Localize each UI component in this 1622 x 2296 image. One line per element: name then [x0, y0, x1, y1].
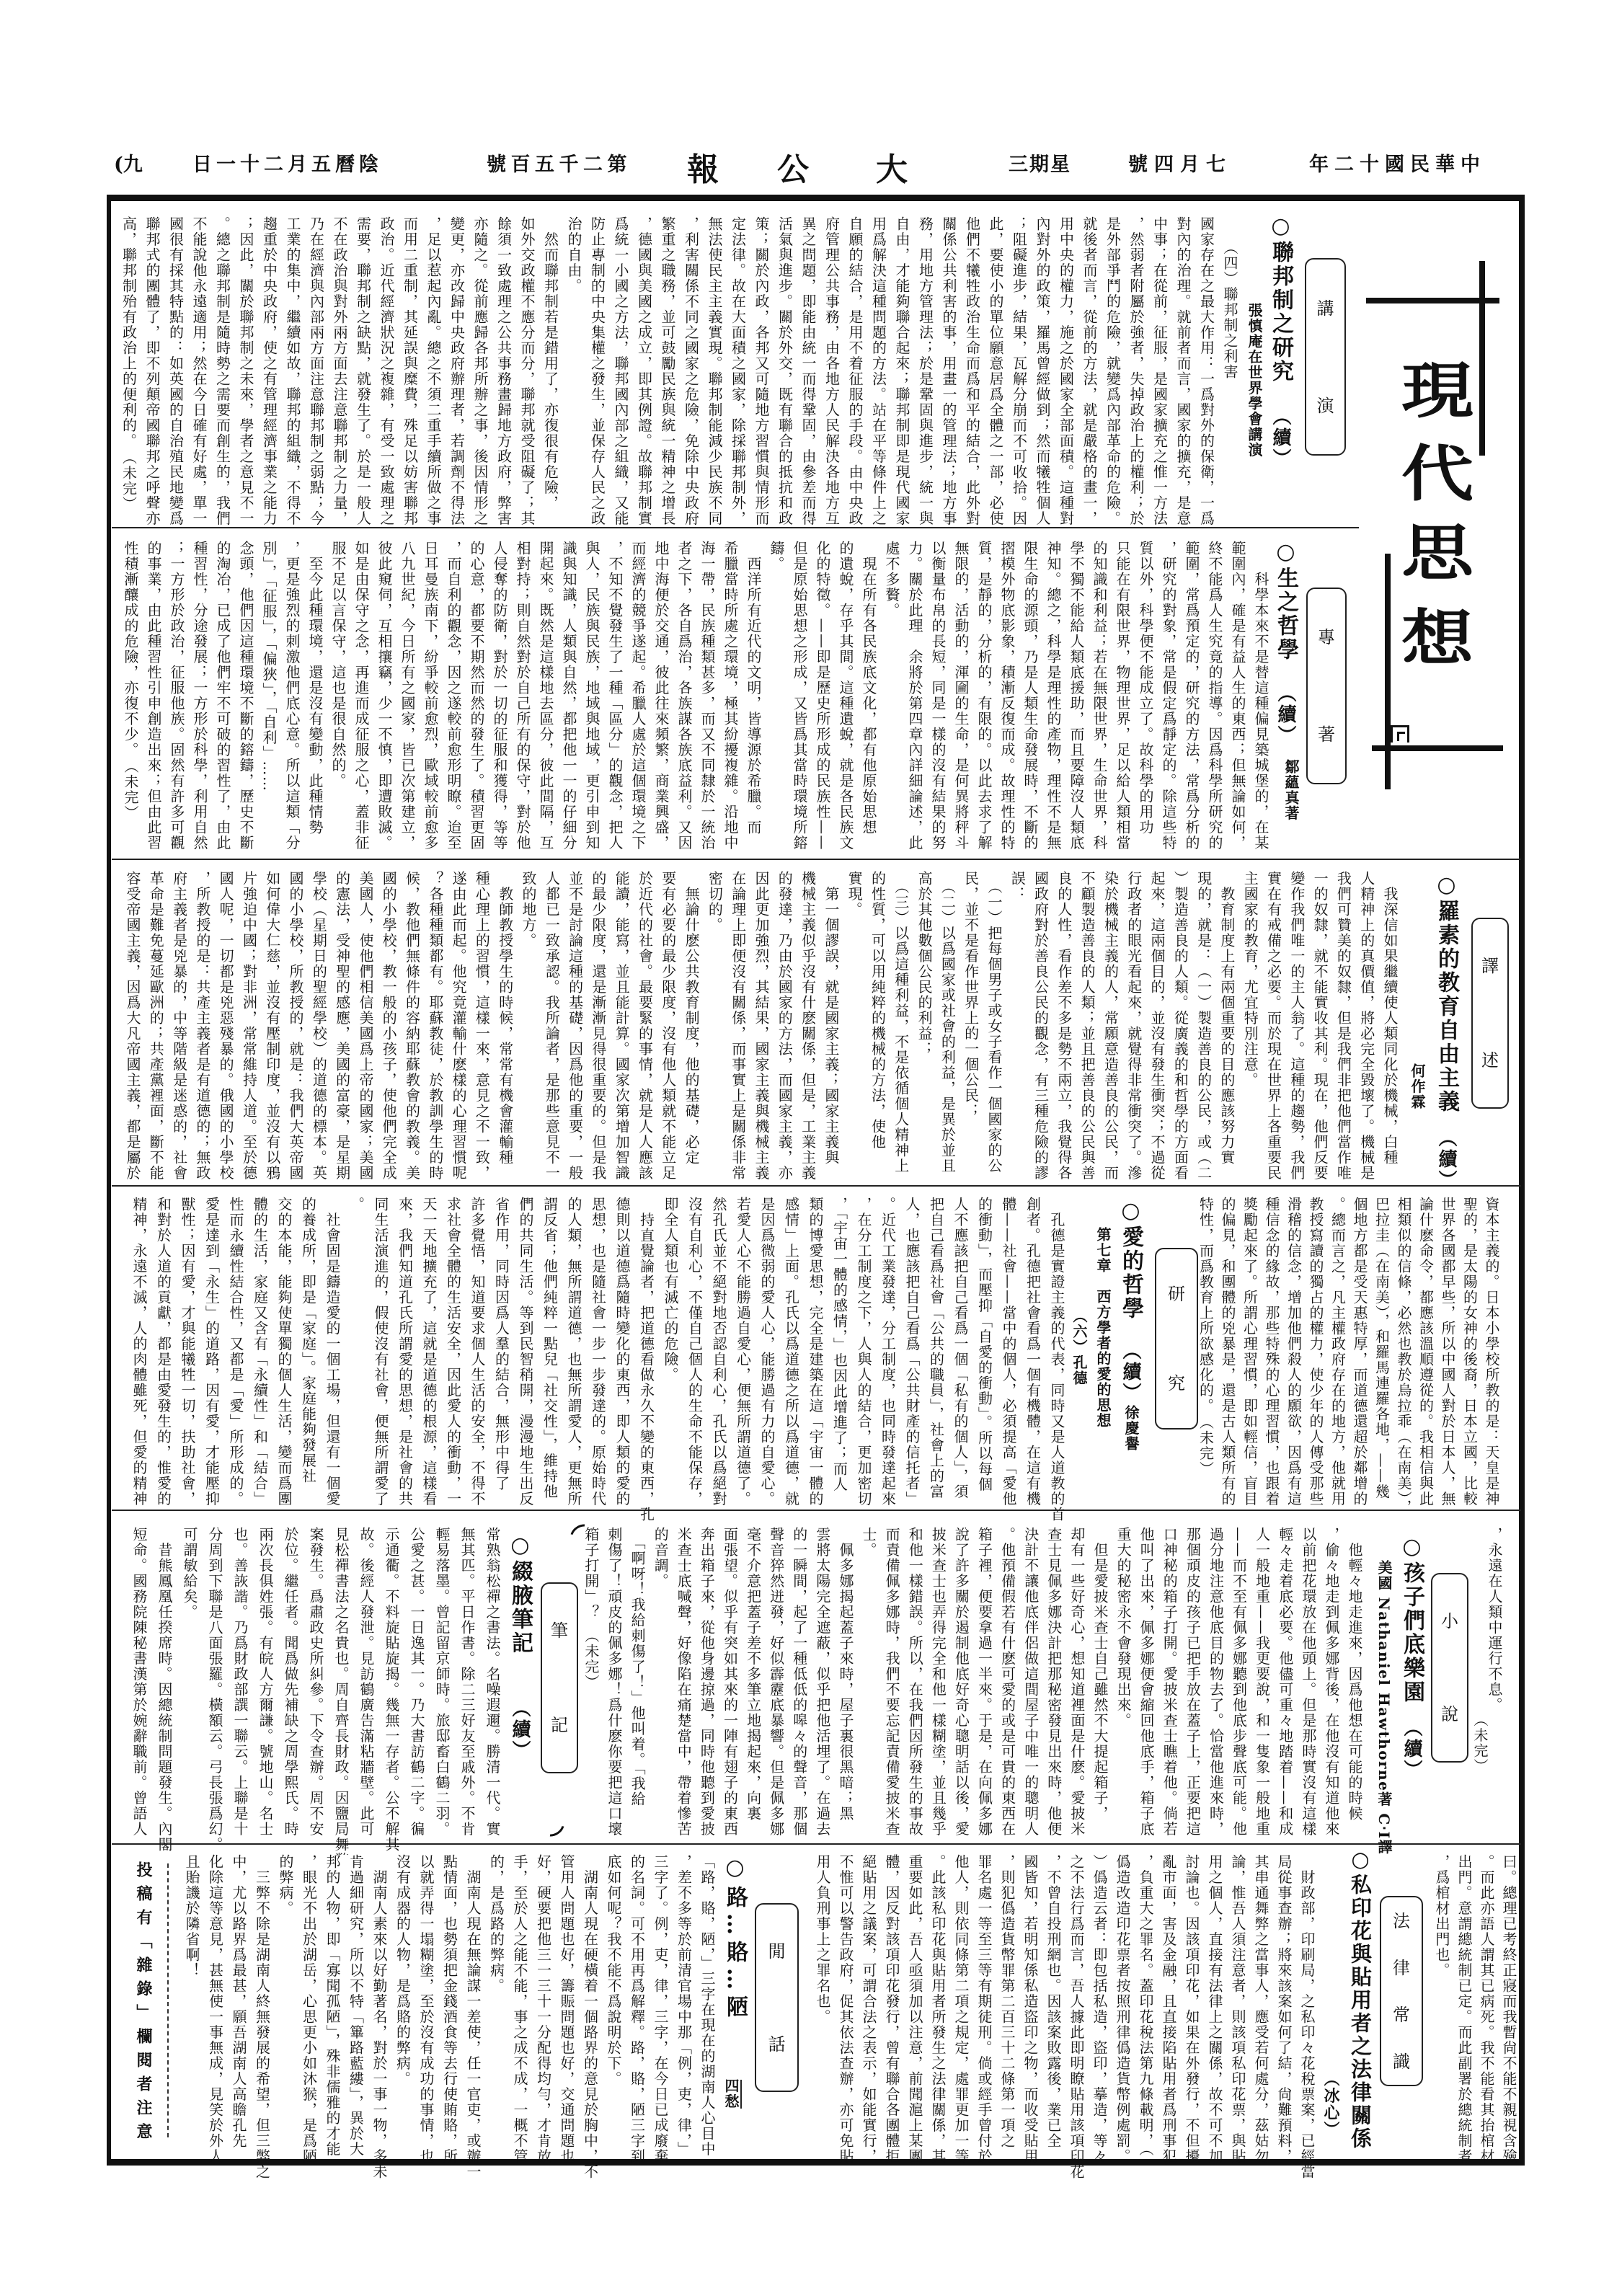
text-column: 的最少限度，還是漸漸見得很重要的。但是我 — [587, 871, 610, 1199]
text-column: ，眼光不出於湖岳，心思更小如沐猴，是爲陋 — [297, 1854, 321, 2182]
text-column: 摺模外物底影象，積漸反復而成。故理性的特 — [996, 541, 1019, 869]
text-column: 獸性；因有愛，才與能犧牲一切，扶助社會， — [175, 1197, 200, 1525]
text-column: 識與知識，人類與自然，都把他一一的仔細分 — [557, 541, 580, 869]
text-column: 的事業，由此種習性引申創造出來；但由此習 — [142, 541, 165, 869]
text-column: ，德國與美國之成立，即其例證。故聯邦制實 — [632, 216, 656, 544]
text-column: 範圍，常爲預定的，研究的方法，常爲分析的 — [1180, 541, 1203, 869]
text-column: 的，是爲路的弊病。 — [484, 1854, 508, 2182]
text-column: 要有必要的最少限度，沒有他人類就不能立足 — [657, 871, 680, 1199]
title-bottom-bar — [1372, 745, 1503, 751]
category-box-research: 研 究 — [1155, 1248, 1198, 1430]
text-column: 財政部，印刷局，之私印々花稅票案，已經當 — [1295, 1854, 1319, 2182]
text-column: 國皆知，若明知係私造盜印之物，而收受貼用 — [1019, 1854, 1042, 2182]
text-column: 箱子打開」？ （未完） — [580, 1527, 603, 1855]
text-column: 八九世紀，今日所有之國家，皆已次第建立， — [396, 541, 419, 869]
text-column: ）製造善良的人類。從廣義的和哲學的方面看 — [1169, 871, 1192, 1199]
text-column: 國家存在之最大作用：一爲對外的保衛，一爲 — [1195, 216, 1218, 544]
supplement-title-char: 想 — [1397, 608, 1478, 668]
text-column: 用中央的權力，施之於國家全部面積。這種對 — [1054, 216, 1078, 544]
text-column: 政治。近代經濟狀況之複雜，有受一致處理之 — [375, 216, 399, 544]
newspaper-page: (九 陰曆五月二十一日 第二千五百號 報 公 大 星期三 七月四號 中華民國十二… — [0, 0, 1622, 2296]
category-label-char: 筆 — [551, 1621, 568, 1640]
text-column: 性而永續性結合性，又都是「愛」所形成的。 — [223, 1197, 248, 1525]
continued-mark: （續） — [1269, 407, 1291, 469]
text-column: 地中海便於交通，彼此往來頻繁，商業興盛， — [650, 541, 673, 869]
text-column: ，永遠在人類中運行不息。 — [1484, 1527, 1505, 1855]
text-column: 人一般地重——我更要說，和一隻象一般地重 — [1251, 1527, 1274, 1855]
continued-mark: （續） — [1120, 1341, 1141, 1404]
text-column: 謂反省；他們純粹一點兒「社交性」，維持他 — [537, 1197, 562, 1525]
text-column: 的偏見，和團體的兇暴是，還是古人類所有的 — [1217, 1197, 1239, 1525]
text-column: 底如何呢？我不能不爲說明於下。 — [602, 1854, 626, 2182]
text-column: 把自己看爲社會「公共的職員」，社會上的富 — [923, 1197, 948, 1525]
text-column: 西洋所有近代的文明，皆導源於希臘。而 — [742, 541, 765, 869]
text-column: 社會固是鑄造愛的一個工場，但還有一個愛 — [320, 1197, 345, 1525]
text-column: 省作用，同時因爲人羣的結合，無形中得了 — [489, 1197, 513, 1525]
text-column: 的遺蛻，存乎其間。這種遺蛻，就是各民族文 — [834, 541, 857, 869]
text-column: 至今此種環境，還是沒有變動，此種情勢 — [303, 541, 327, 869]
text-column: 現在所有各民族底文化，都有他原始思想 — [857, 541, 880, 869]
article-title: ○愛的哲學 — [1118, 1198, 1143, 1321]
text-column: 聯邦式的團體了，即不列顛帝國聯邦之呼聲亦 — [141, 216, 164, 544]
text-column: ，利害關係不同之國家之危險，免除中央政府 — [679, 216, 703, 544]
text-column: ，研究的對象，常是假定爲靜定的。除這些特 — [1157, 541, 1180, 869]
text-column: 用爲解決這種問題的方法。站在平等條件上之 — [867, 216, 890, 544]
editorial-notice: 投稿有「雜錄」欄閱者注意 — [134, 1861, 153, 2147]
text-column: 的衝動」，而壓抑「自愛的衝動」。所以每個 — [972, 1197, 996, 1525]
article-heading-notes: ○綴腋筆記（續） — [508, 1533, 531, 1761]
text-column: 僞造改造印花票者按照刑律僞造貨幣例處罰。 — [1111, 1854, 1134, 2182]
text-column: 常熟翁松禪之書法。名噪遐邇。勝清一代。實 — [479, 1527, 505, 1855]
text-column: 罪名處一等至三等有期徒刑。倘或經手曾付於 — [972, 1854, 996, 2182]
text-column: 誤： — [1006, 871, 1029, 1199]
text-column: 只能在有限世界，物理世界，足以給人類相當 — [1111, 541, 1134, 869]
category-label-char: 閒 — [768, 1942, 786, 1961]
text-column: 重大的秘密永不會發現出來。 — [1112, 1527, 1135, 1855]
text-column: 是外部爭鬥的危險，就變爲內部革命的危險。 — [1101, 216, 1125, 544]
text-column: 局從事查辦；將來該案如何了結，尙難預料， — [1272, 1854, 1295, 2182]
text-column: 終不能爲人生究竟的指導。因爲科學所研究的 — [1203, 541, 1226, 869]
text-column: 而經濟的競爭遂起。希臘人處於這個環境之下 — [626, 541, 650, 869]
text-column: 相對持；則自然對於自己所有的保守，對於他 — [511, 541, 534, 869]
text-column: 但是愛披米查士自己雖然不大提起箱子， — [1089, 1527, 1112, 1855]
text-column: 曰。總理已考終正寢而我暫尙不能不親視含殮 — [1497, 1854, 1520, 2182]
text-column: 神知。總之，科學是理性的產物，理性不是無 — [1042, 541, 1065, 869]
text-column: 容受帝國主義，因爲大凡帝國主義，都是屬於 — [121, 871, 144, 1199]
text-column: ，「宇宙一體的感情，」也因此增進了；而人 — [827, 1197, 851, 1525]
supplement-title-char: 現 — [1397, 360, 1478, 421]
text-column: 資本主義的。日本小學校所教的是：天皇是神 — [1481, 1197, 1503, 1525]
text-column: 「路，賂，陋，」三字在現在的湖南人心目中 — [696, 1854, 719, 2182]
text-column: 的憲法，受神聖的感應，美國的富豪，是星期 — [330, 871, 353, 1199]
text-column: 變作我們唯一的主人翁了。這種的趨勢，我們 — [1285, 871, 1308, 1199]
text-column: 中，尤以路界爲最甚，願吾湖南人高瞻孔先 — [227, 1854, 251, 2182]
text-column: ——而不至有佩多娜聽到他底步聲底可能。他 — [1227, 1527, 1250, 1855]
text-column: 和他一樣錯誤。所以，在我們因所發生的事故 — [903, 1527, 926, 1855]
text-column: 佩多娜揭起蓋子來時，屋子裏很黑暗；黑 — [834, 1527, 857, 1855]
text-column: 如外交政權不應分而分，聯邦就受阻礙了；其 — [515, 216, 539, 544]
text-column: 防止專制的中央集權之發生，並保存人民之政 — [585, 216, 609, 544]
text-column: 相類似的信條，必然也教於烏拉乖（在南美）， — [1393, 1197, 1415, 1525]
text-column: 而責備佩多娜時，我們不要忘記責備愛披米查 — [880, 1527, 903, 1855]
text-column: 人不應該把自己看爲一個「私有的個人」，須 — [948, 1197, 972, 1525]
text-column: 那個頑皮的孩子已把手放在蓋子上，正要把這 — [1181, 1527, 1204, 1855]
text-column: ）僞造云者：即包括私造，盜印，摹造，等々 — [1088, 1854, 1111, 2182]
continued-mark: （續） — [509, 1698, 531, 1761]
text-column: 其串通舞弊之當事人，應受若何處分，茲姑勿 — [1249, 1854, 1272, 2182]
text-column: 也。善詼諧。乃爲財政部譔一聯云。上聯是十 — [227, 1527, 252, 1855]
text-column: 無限的，活動的，渾圇的生命，是何異將秤斗 — [949, 541, 972, 869]
text-column: 國很有採其特點的：如英國的自治殖民地變爲 — [164, 216, 187, 544]
paper-name-char: 大 — [876, 153, 908, 187]
text-column: 類的博愛思想，完全是建築在這「宇宙一體的 — [803, 1197, 828, 1525]
category-label-char: 識 — [1393, 2052, 1410, 2071]
text-column: 他輕々地走進來，因爲他想在可能的時候 — [1343, 1527, 1366, 1855]
text-column: 一的奴隸，就不能實收其利。現在，他們反要 — [1308, 871, 1331, 1199]
text-column: 輕々走着底必要。他儘可重々地踏着——和成 — [1274, 1527, 1297, 1855]
text-column: 國政府對於善良公民的觀念，有三種危險的謬 — [1029, 871, 1052, 1199]
category-label-char: 法 — [1393, 1912, 1410, 1931]
text-column: 米查士底喊聲，好像陷在痛楚當中，帶着慘苦 — [672, 1527, 695, 1855]
text-column: 昔熊鳳凰任揆席時。因總統制問題發生。內閣 — [151, 1527, 177, 1855]
text-column: 趨重於中央政府，使之有管理經濟事業之能力 — [257, 216, 281, 544]
text-column: 機械主義似乎沒有什麽關係，但是，工業主義 — [796, 871, 819, 1199]
text-column: ；因此，關於聯邦制之未來，學者之意見不一 — [234, 216, 258, 544]
text-column: 定法律。故在大面積之國家，除採聯邦制外， — [726, 216, 750, 544]
text-column: 查士見佩多娜決計把那秘密發見出來時，他便 — [1042, 1527, 1065, 1855]
text-column: 而用二重制，其延誤與糜費，殊足以妨害聯邦 — [398, 216, 422, 544]
text-column: 三字了。例，吏，律，三字，在今日已成廢棄 — [649, 1854, 673, 2182]
category-box-translation: 譯 述 — [1471, 918, 1509, 1109]
text-column: 科學本來不是替這種偏見築城堡的，在某 — [1249, 541, 1272, 869]
text-column: 如是由保守之念，再進而成征服之心，蓋非征 — [350, 541, 373, 869]
text-column: 亂市面，害及金融，且直接陷貼用者爲刑事犯 — [1157, 1854, 1180, 2182]
text-column: 無其匹。平日作書。除二三好友至戚外。不肯 — [454, 1527, 479, 1855]
text-column: 故。後經人發泄。見訪鶴廣告滿粘牆壁。此可 — [353, 1527, 378, 1855]
category-label-char: 說 — [1441, 1705, 1458, 1724]
text-column: 念頭，他們因這種環境不斷的鎔鑄，歷史不斷 — [234, 541, 257, 869]
text-column: 口神秘的箱子打開。愛披米查士瞧着他。倘若 — [1158, 1527, 1181, 1855]
text-column: 是因爲微弱的愛人心，能勝過有力的自愛心。 — [755, 1197, 779, 1525]
article-heading-lecture: ○聯邦制之研究（續） — [1269, 213, 1292, 469]
text-column: 的音調。 — [649, 1527, 672, 1855]
text-column: 者之下，各自爲治，各族謀各族底益利。又因 — [673, 541, 696, 869]
category-label-char: 著 — [1318, 725, 1335, 744]
text-column: 案發生。爲肅政史所糾參。下令查辦。周不安 — [303, 1527, 328, 1855]
text-column: 範圍內，確是有益人生的東西；但無論如何， — [1226, 541, 1249, 869]
text-column: 披米查士也弄得完全和他一樣糊塗，並且幾乎 — [926, 1527, 949, 1855]
text-column: 的人類，無所謂道德，也無所謂愛人，更無所 — [562, 1197, 586, 1525]
text-column: 出門。意謂總統制已定。而此副署於總統制者 — [1453, 1854, 1475, 2182]
text-column: 。而此亦語人謂其已病死。我不能看其抬棺材 — [1475, 1854, 1497, 2182]
text-column: 體的生活，家庭又含有「永續性」和「結合」 — [247, 1197, 272, 1525]
text-column: ，偷々地走到佩多娜背後，在他沒有知道他來 — [1320, 1527, 1343, 1855]
text-column: 個地方都是受天惠特厚，而道德還超於鄰增的 — [1349, 1197, 1371, 1525]
text-column: ，差不多等於前清官場中那「例，吏，律，」 — [672, 1854, 696, 2182]
text-column: ，足以惹起內亂。總之不須二重手續所做之事 — [422, 216, 446, 544]
text-column: 學校（星期日的聖經學校）的道德的標本。英 — [307, 871, 330, 1199]
text-column: 候，教他們無條件的容納耶蘇教會的教義。美 — [400, 871, 423, 1199]
text-column: 餘須一致處理之公共事務畫歸地方政府，弊害 — [492, 216, 515, 544]
text-column: 愛是達到「永生」的道路，因有愛，才能壓抑 — [199, 1197, 223, 1525]
text-column: 絕貼用之議案，可謂合法之表示，如能實行， — [857, 1854, 880, 2182]
chapter-heading: 第七章 西方學者的愛的思想 — [1094, 1227, 1112, 1429]
text-column: 第一個謬誤，就是國家主義；國家主義與 — [820, 871, 843, 1199]
decorative-dashed-rule — [167, 1863, 169, 2137]
text-column: ，而自利的觀念，因之遂較前愈形明瞭。迨至 — [442, 541, 465, 869]
text-column: 然而聯邦制若是錯用了，亦復很有危險， — [539, 216, 562, 544]
text-column: 現的，就是：（一）製造善良的公民，或（二 — [1192, 871, 1215, 1199]
text-column: 的知識和利益；若在無限世界，生命世界，科 — [1088, 541, 1111, 869]
category-label-char: 記 — [551, 1716, 568, 1734]
text-column: 箱子裡，便要拿過一半來。于是，在向佩多娜 — [972, 1527, 996, 1855]
text-column: 務，用地方管理法；於是鞏固與進步，統一與 — [913, 216, 937, 544]
text-column: 他們不犧牲政治生命而爲和平的結合，此外對 — [960, 216, 984, 544]
text-column: 邦的人物，即「寡聞孤陋」，殊非儒雅的才能 — [321, 1854, 345, 2182]
article-byline: 鄒蘊真著 — [1282, 759, 1300, 821]
category-box-notes: 筆 記 — [541, 1582, 578, 1773]
text-column: 求社會全體的生活安全，因此愛人的衝動，一 — [440, 1197, 465, 1525]
text-column: 內對外的政策，羅馬曾經做到；然而犧牲個人 — [1031, 216, 1055, 544]
text-column: 天一天地擴充了，這就是道德的根源，這樣看 — [417, 1197, 441, 1525]
year: 中華民國十二年 — [1309, 154, 1486, 176]
text-column: 「啊呀！我給刺傷了！」他叫着。「我給 — [626, 1527, 649, 1855]
text-column: 教師教授學生的時候，常常有機會灌輸種 — [493, 871, 516, 1199]
text-column: ？各種種類都有。耶蘇教徒，於教訓學生的時 — [424, 871, 447, 1199]
text-column: 服不足以言保守，這也是很自然的。 — [327, 541, 350, 869]
text-column: 點情面，也勢須把金錢酒食等去行使賄賂，所 — [438, 1854, 461, 2182]
text-column: 變更，亦改歸中央政府辦理者，若調劑不得法 — [445, 216, 469, 544]
category-label-char: 述 — [1481, 1051, 1499, 1070]
text-column: 若愛人心不能勝過自愛心，便無所謂道德了。 — [730, 1197, 755, 1525]
category-box-fiction: 小 說 — [1431, 1573, 1468, 1763]
text-column: ，負重大之罪名。蓋印花稅法第九條載明，（ — [1134, 1854, 1157, 2182]
text-column: 別」，「征服」，「偏狹」，「自利」…… — [257, 541, 280, 869]
article-body-translation-continued: 資本主義的。日本小學校所教的是：天皇是神聖的，是太陽的女神的後裔，日本立國，比較… — [1195, 1197, 1502, 1525]
text-column: 交的本能，能夠使單獨的個人生活，變而爲團 — [272, 1197, 296, 1525]
text-column: ；一方形於政治，征服他族。固然有許多可觀 — [165, 541, 188, 869]
text-column: 同生活演進的，假使沒有社會，便無所謂愛了 — [368, 1197, 393, 1525]
article-heading-fiction: ○孩子們底樂園（續） — [1400, 1534, 1423, 1781]
paper-name-char: 報 — [687, 153, 719, 187]
text-column: 的淘冶，已成了他們牢不可破的習性了，由此 — [211, 541, 234, 869]
text-column: 彼此窺伺，互相攘竊，少一不慎，即遭敗滅。 — [373, 541, 396, 869]
date: 七月四號 — [1128, 154, 1232, 176]
text-column: ；阻礙進步，結果，瓦解分崩而不可收拾。因 — [1007, 216, 1031, 544]
text-column: （一）把每個男子或女子看作一個國家的公 — [983, 871, 1006, 1199]
text-column: 以衡量布帛的長短，同是一樣的沒有結果的努 — [926, 541, 949, 869]
title-left-rule — [1385, 554, 1391, 789]
text-column: 用人負刑事上之罪名也。 — [811, 1854, 834, 2182]
text-column: 却有一些好奇心，想知道裡面是什麽。愛披米 — [1065, 1527, 1089, 1855]
text-column: 高於其他數個公民的利益； — [913, 871, 936, 1199]
article-title: ○羅素的教育自由主義 — [1434, 872, 1459, 1114]
text-column: 我們可贊美的奴隸，但是我們非把他們當作唯 — [1331, 871, 1355, 1199]
text-column: 且貽譏於隣省啊！ — [180, 1854, 204, 2182]
text-column: 美國人，使他們相信美國爲上帝的國家；美國 — [354, 871, 377, 1199]
article-body-research-continued: ，永遠在人類中運行不息。 — [1484, 1527, 1505, 1855]
subsection-heading: （六）孔德 — [1071, 1308, 1088, 1386]
text-column: 對內的治理。就前者而言，國家的擴充，是意 — [1171, 216, 1195, 544]
text-column: 們的共同生活。等到民智稍開，漫漫地生出反 — [513, 1197, 538, 1525]
text-column: 聖的，是太陽的女神的後裔，日本立國，比較 — [1458, 1197, 1481, 1525]
text-column: 實現。 — [843, 871, 866, 1199]
text-column: 體——社會——當中的個人，必須提高「愛他 — [996, 1197, 1021, 1525]
category-label-char: 律 — [1393, 1959, 1410, 1977]
text-column: 開起來。既然是這樣地去區分，彼此間隔，互 — [534, 541, 557, 869]
text-column: 人精神上的真價值，將必完全毀壞了。機械是 — [1355, 871, 1378, 1199]
text-column: 孔德是實證主義的代表，同時又是人道教的首 — [1045, 1197, 1069, 1525]
article-byline: 何作霖 — [1409, 1063, 1426, 1110]
article-heading-translation: ○羅素的教育自由主義（續） — [1435, 872, 1458, 1191]
article-title: ○私印花與貼用者之法律關係 — [1348, 1847, 1373, 2150]
text-column: 管用人問題也好，籌賑問題也好，交通問題也 — [555, 1854, 579, 2182]
text-column: 手，至於人之能不能，事之成不成，一概不管 — [508, 1854, 532, 2182]
weekday: 星期三 — [1009, 154, 1071, 176]
text-column: （三）以爲這種利益，不是依循個人精神上 — [889, 871, 912, 1199]
text-column: 滑稽的信念，增加他們殺人的願欲，因爲有這 — [1282, 1197, 1305, 1525]
text-column: 。他預備假若有什麽可愛的或是可貴的東西在 — [996, 1527, 1019, 1855]
title-right-rule — [1479, 261, 1485, 456]
paper-name-char: 公 — [777, 153, 809, 187]
article-title: ○綴腋筆記 — [508, 1533, 533, 1655]
text-column: 好，硬要把他三一三十一分配得均勻，才肯放 — [531, 1854, 555, 2182]
text-column: 創者。孔德把社會看爲一個有機體，在這有機 — [1020, 1197, 1045, 1525]
text-column: 繁重之職務，並可鼓勵民族與統一精神之增長 — [656, 216, 680, 544]
text-column: 但是原始思想之形成，又皆爲其當時環境所鎔 — [788, 541, 811, 869]
text-column: 不惟可以警告政府，促其依法查辦，亦可免貼 — [834, 1854, 857, 2182]
category-label-char: 常 — [1393, 2005, 1410, 2024]
text-column: 然孔氏並不絕對地否認自利心，孔氏以爲絕對 — [706, 1197, 731, 1525]
text-column: 見松禪書法之名貴也。周自齊長財政。因鹽局舞弊 — [328, 1527, 353, 1855]
text-column: 思想，也是隨社會一步一步發達的。原始時代 — [585, 1197, 610, 1525]
text-column: 處不多贅。 — [880, 541, 903, 869]
article-body-notes: 常熟翁松禪之書法。名噪遐邇。勝清一代。實無其匹。平日作書。除二三好友至戚外。不肯… — [126, 1527, 505, 1855]
text-column: 鑄。 — [765, 541, 788, 869]
text-column: 於位。繼任者。聞爲做先補缺之周學熙氏。時 — [278, 1527, 303, 1855]
byline-rule — [740, 2080, 742, 2109]
text-column: 質，是靜的，分析的，有限的。以此去求了解 — [972, 541, 996, 869]
category-label-char: 話 — [768, 2035, 786, 2054]
article-body-treatise: 科學本來不是替這種偏見築城堡的，在某範圍內，確是有益人生的東西；但無論如何，終不… — [119, 541, 1272, 869]
text-column: 湖南人現在硬橫着一個路界的意見於胸中，不 — [578, 1854, 602, 2182]
text-column: ，然弱者附屬於強者，失掉政治上的權利；於 — [1125, 216, 1148, 544]
text-column: 的一瞬間，起了一種低低的嗥々的聲音，那個 — [788, 1527, 811, 1855]
text-column: 異之問題，即能由統一而得鞏固，由參差而得 — [797, 216, 820, 544]
text-column: 他人，則依同條第二項之規定，處罪更加一等 — [949, 1854, 972, 2182]
text-column: 實在有戒備之必要。而於現在世界上各重要民 — [1262, 871, 1285, 1199]
category-label-char: 究 — [1168, 1374, 1185, 1393]
continued-mark: （續） — [1275, 683, 1296, 746]
text-column: 奔出箱子來，從他身邊掠過，同時他聽到愛披 — [695, 1527, 718, 1855]
category-label-char: 演 — [1317, 396, 1334, 415]
supplement-title-char: 代 — [1397, 443, 1478, 504]
text-column: 治的自由。 — [562, 216, 586, 544]
text-column: 種心理上的習慣，這樣一來，意見之不一致， — [470, 871, 493, 1199]
text-column: 來，我們知道孔氏所謂愛的思想，是社會的共 — [392, 1197, 417, 1525]
text-column: 革命是難免蔓延歐洲的；共產黨裡面，斷不能 — [144, 871, 167, 1199]
article-body-lecture: （四）聯邦制之利害國家存在之最大作用：一爲對外的保衛，一爲對內的治理。就前者而言… — [117, 216, 1241, 544]
text-column: ，所教授的是：共產主義者是有道德的；無政 — [191, 871, 214, 1199]
text-column: 不顧製造善良的人類；並且把善良的公民與善 — [1076, 871, 1099, 1199]
text-column: 以就弄得一塌糊塗，至於沒有成功的事情，也 — [415, 1854, 438, 2182]
text-column: 和對於人道的貢獻，都是由愛發生的，惟愛的 — [151, 1197, 175, 1525]
text-column: 重要如此，吾人亟須加以注意，前聞滬上某團 — [903, 1854, 926, 2182]
category-label-char: 講 — [1317, 299, 1334, 318]
text-column: ，爲棺材出門也。 — [1430, 1854, 1453, 2182]
article-byline: 四愁 — [722, 2078, 740, 2109]
text-column: 德則以道德爲隨時變化的東西，即人類的愛的 — [610, 1197, 634, 1525]
text-column: 即全人類也有滅亡的危險。 — [658, 1197, 683, 1525]
text-column: 於近代的社會。最要緊的事情，就是人人應該 — [633, 871, 656, 1199]
text-column: 用之個人，直接有法律上之關係，故不可不加 — [1203, 1854, 1226, 2182]
text-column: 策；關於內政，各邦又可隨地方習慣與情形而 — [750, 216, 774, 544]
text-column: 力。關於此理 余將於第四章內詳細論述，此 — [903, 541, 926, 869]
article-body-chat: 「路，賂，陋，」三字在現在的湖南人心目中，差不多等於前清官場中那「例，吏，律，」… — [180, 1854, 719, 2182]
text-column: 論什麽命令，都應該溫順遵從的。我相信與此 — [1414, 1197, 1437, 1525]
category-box-chat: 閒 話 — [755, 1903, 799, 2092]
text-column: 限生命的源頭，乃是人類生命發展時，不斷的 — [1019, 541, 1042, 869]
text-column: 無論什麽公共教育制度，他的基礎，必定 — [680, 871, 703, 1199]
continued-mark: （續） — [1401, 1718, 1422, 1781]
text-column: 論，惟吾人須注意者，則該項私印花票，與貼 — [1226, 1854, 1249, 2182]
text-column: 討論也。因該項印花，如果在外發行，不但擾 — [1180, 1854, 1203, 2182]
text-column: 士。 — [857, 1527, 880, 1855]
text-column: 密切的。 — [703, 871, 726, 1199]
article-body-legal: 財政部，印刷局，之私印々花稅票案，已經當局從事查辦；將來該案如何了結，尙難預料，… — [811, 1854, 1319, 2182]
text-column: 性積漸釀成的危險，亦復不少。 （未完） — [119, 541, 142, 869]
text-column: 染於機械主義的人，常願意造善良的公民，而 — [1099, 871, 1122, 1199]
text-column: 人都已一致承認。我所論者，是那些意見不一 — [540, 871, 563, 1199]
text-column: 的養成所，即是「家庭」。家庭能夠發展社 — [296, 1197, 320, 1525]
text-column: 高，聯邦制殆有政治上的便利的。 （未完） — [117, 216, 141, 544]
page-number: (九 — [114, 154, 143, 176]
text-column: 無法使民主主義實現。聯邦制能減少民族不同 — [703, 216, 727, 544]
article-title: ○路…賂…陋 — [722, 1855, 748, 2023]
article-heading-legal: ○私印花與貼用者之法律關係 — [1349, 1847, 1372, 2150]
category-box-treatise: 專 著 — [1306, 588, 1347, 784]
text-column: 府主義者是兇暴的，中等階級是迷惑的，社會 — [167, 871, 190, 1199]
text-column: 三弊不除是湖南人終無發展的希望，但三弊之 — [250, 1854, 274, 2182]
text-column: （四）聯邦制之利害 — [1218, 216, 1242, 544]
text-column: 爲統一小國之方法，聯邦國內部之組織，又能 — [609, 216, 633, 544]
article-heading-chat: ○路…賂…陋 — [723, 1855, 746, 2023]
text-column: 不能說他永遠適用；然在今日確有好處，單一 — [187, 216, 211, 544]
article-byline: 美國 Nathaniel Hawthorne著 C‧I譯 — [1375, 1560, 1393, 1855]
text-column: 的弊病。 — [274, 1854, 298, 2182]
article-heading-research: ○愛的哲學（續） — [1119, 1198, 1142, 1404]
text-column: 以前把花環放在他頭上。但是那時實沒有這樣 — [1297, 1527, 1320, 1855]
text-column: 能讀，能寫，並且能計算。國家次第增加智識 — [610, 871, 633, 1199]
text-column: 教育制度上有兩個重要的目的應該努力實 — [1215, 871, 1238, 1199]
text-column: 人，也應該把自己看爲「公共財產的信托者」 — [900, 1197, 924, 1525]
text-column: 精神，永遠不滅，人的肉體雖死，但愛的精神 — [127, 1197, 151, 1525]
article-byline: 張慎庵在世界學會講演 — [1246, 303, 1263, 458]
text-column: 自由，才能夠聯合起來；聯邦制即是現代國家 — [890, 216, 914, 544]
article-byline: 徐慶譽 — [1122, 1405, 1140, 1452]
text-column: 的心意，都要不期然而然的發生了。積習更固 — [465, 541, 488, 869]
issue-number: 第二千五百號 — [487, 154, 631, 176]
article-body-research: 孔德是實證主義的代表，同時又是人道教的首創者。孔德把社會看爲一個有機體，在這有機… — [127, 1197, 1069, 1525]
category-label-char: 研 — [1168, 1285, 1185, 1303]
text-column: 聲音猝然迸發，好似霹靂底暴響。但是佩多娜 — [765, 1527, 788, 1855]
category-label-char: 譯 — [1481, 957, 1499, 975]
printer-ornament-icon — [1391, 725, 1409, 743]
text-column: 海一帶，民族種類甚多，而又不同隸於一統治 — [696, 541, 719, 869]
text-column: ，不曾自投刑網也。因該案敗露後，業已全 — [1042, 1854, 1065, 2182]
text-column: 兩次長俱姓張。有皖人方爾謙。號地山。名士 — [252, 1527, 278, 1855]
text-column: 遂由此而起。他究竟灌輸什麽樣的心理習慣呢 — [447, 871, 470, 1199]
